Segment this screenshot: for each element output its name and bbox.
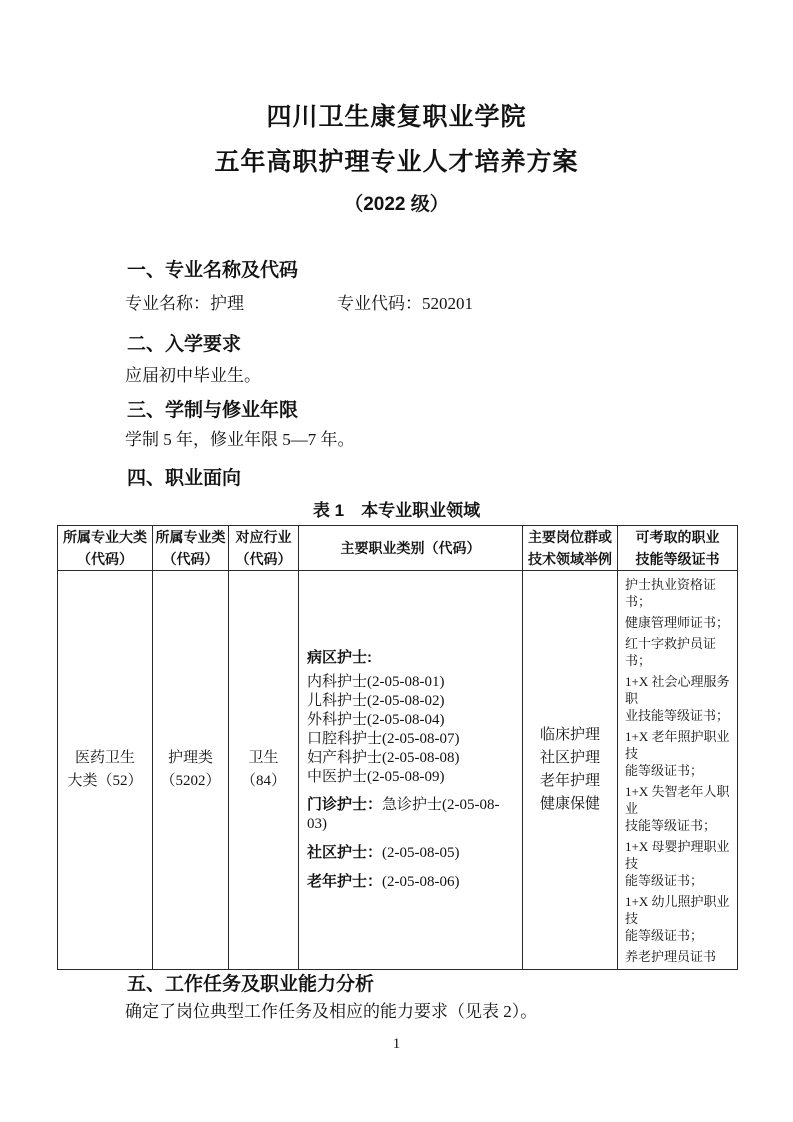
certificate-item: 红十字救护员证书；	[625, 635, 733, 669]
header-major-category: 所属专业大类 （代码）	[58, 526, 153, 571]
community-nurse-line: 社区护士：(2-05-08-05)	[307, 843, 516, 863]
section3-body: 学制 5 年，修业年限 5—7 年。	[125, 428, 735, 452]
certificate-item: 1+X 社会心理服务职 业技能等级证书；	[625, 673, 733, 724]
section5-body: 确定了岗位典型工作任务及相应的能力要求（见表 2）。	[125, 1000, 735, 1024]
document-title-grade: （2022 级）	[0, 185, 793, 225]
cell-major-class: 护理类 （5202）	[153, 571, 229, 970]
community-nurse-label: 社区护士：	[307, 844, 382, 861]
outpatient-nurse-line: 门诊护士：急诊护士(2-05-08-03)	[307, 795, 516, 834]
major-name-text: 专业名称：护理	[125, 294, 244, 313]
section5-heading: 五、工作任务及职业能力分析	[127, 972, 735, 998]
document-body-lower: 五、工作任务及职业能力分析 确定了岗位典型工作任务及相应的能力要求（见表 2）。	[0, 972, 793, 1024]
elderly-nurse-label: 老年护士：	[307, 873, 382, 890]
section1-heading: 一、专业名称及代码	[127, 258, 735, 284]
document-title-block: 四川卫生康复职业学院 五年高职护理专业人才培养方案 （2022 级）	[0, 0, 793, 225]
outpatient-nurse-label: 门诊护士：	[307, 796, 382, 813]
certificate-item: 1+X 失智老年人职业 技能等级证书；	[625, 783, 733, 834]
elderly-nurse-value: (2-05-08-06)	[382, 874, 459, 890]
elderly-nurse-line: 老年护士：(2-05-08-06)	[307, 872, 516, 892]
section2-body: 应届初中毕业生。	[125, 364, 735, 388]
table1-header-row: 所属专业大类 （代码） 所属专业类 （代码） 对应行业 （代码） 主要职业类别（…	[58, 526, 738, 571]
section2-heading: 二、入学要求	[127, 332, 735, 358]
header-occupation-types: 主要职业类别（代码）	[299, 526, 523, 571]
document-page: 四川卫生康复职业学院 五年高职护理专业人才培养方案 （2022 级） 一、专业名…	[0, 0, 793, 1122]
certificate-item: 健康管理师证书；	[625, 614, 733, 631]
certificate-item: 护士执业资格证书；	[625, 576, 733, 610]
document-body-upper: 一、专业名称及代码 专业名称：护理专业代码：520201 二、入学要求 应届初中…	[0, 258, 793, 492]
cell-major-category: 医药卫生 大类（52）	[58, 571, 153, 970]
section3-heading: 三、学制与修业年限	[127, 398, 735, 424]
header-major-class: 所属专业类 （代码）	[153, 526, 229, 571]
ward-nurse-items: 内科护士(2-05-08-01) 儿科护士(2-05-08-02) 外科护士(2…	[307, 673, 516, 787]
major-code-text: 专业代码：520201	[337, 294, 473, 313]
certificate-item: 1+X 老年照护职业技 能等级证书；	[625, 728, 733, 779]
section1-body: 专业名称：护理专业代码：520201	[125, 292, 735, 316]
cell-post-examples: 临床护理 社区护理 老年护理 健康保健	[523, 571, 618, 970]
table1-body: 医药卫生 大类（52） 护理类 （5202） 卫生 （84） 病区护士: 内科护…	[58, 571, 738, 970]
header-certificates: 可考取的职业 技能等级证书	[618, 526, 738, 571]
certificate-item: 1+X 幼儿照护职业技 能等级证书；	[625, 893, 733, 944]
table1-data-row: 医药卫生 大类（52） 护理类 （5202） 卫生 （84） 病区护士: 内科护…	[58, 571, 738, 970]
table1-header: 所属专业大类 （代码） 所属专业类 （代码） 对应行业 （代码） 主要职业类别（…	[58, 526, 738, 571]
community-nurse-value: (2-05-08-05)	[382, 845, 459, 861]
table1-caption: 表 1 本专业职业领域	[0, 500, 793, 522]
header-post-examples: 主要岗位群或 技术领域举例	[523, 526, 618, 571]
ward-nurse-label: 病区护士:	[307, 648, 516, 668]
cell-occupation-types: 病区护士: 内科护士(2-05-08-01) 儿科护士(2-05-08-02) …	[299, 571, 523, 970]
table1-occupational-fields: 所属专业大类 （代码） 所属专业类 （代码） 对应行业 （代码） 主要职业类别（…	[57, 525, 738, 970]
cell-industry: 卫生 （84）	[229, 571, 299, 970]
cell-certificates: 护士执业资格证书； 健康管理师证书； 红十字救护员证书； 1+X 社会心理服务职…	[618, 571, 738, 970]
header-industry: 对应行业 （代码）	[229, 526, 299, 571]
document-title-line1: 四川卫生康复职业学院	[0, 95, 793, 140]
section4-heading: 四、职业面向	[127, 466, 735, 492]
page-number: 1	[0, 1036, 793, 1053]
certificate-item: 养老护理员证书	[625, 948, 733, 965]
document-title-line2: 五年高职护理专业人才培养方案	[0, 140, 793, 185]
certificate-item: 1+X 母婴护理职业技 能等级证书；	[625, 838, 733, 889]
